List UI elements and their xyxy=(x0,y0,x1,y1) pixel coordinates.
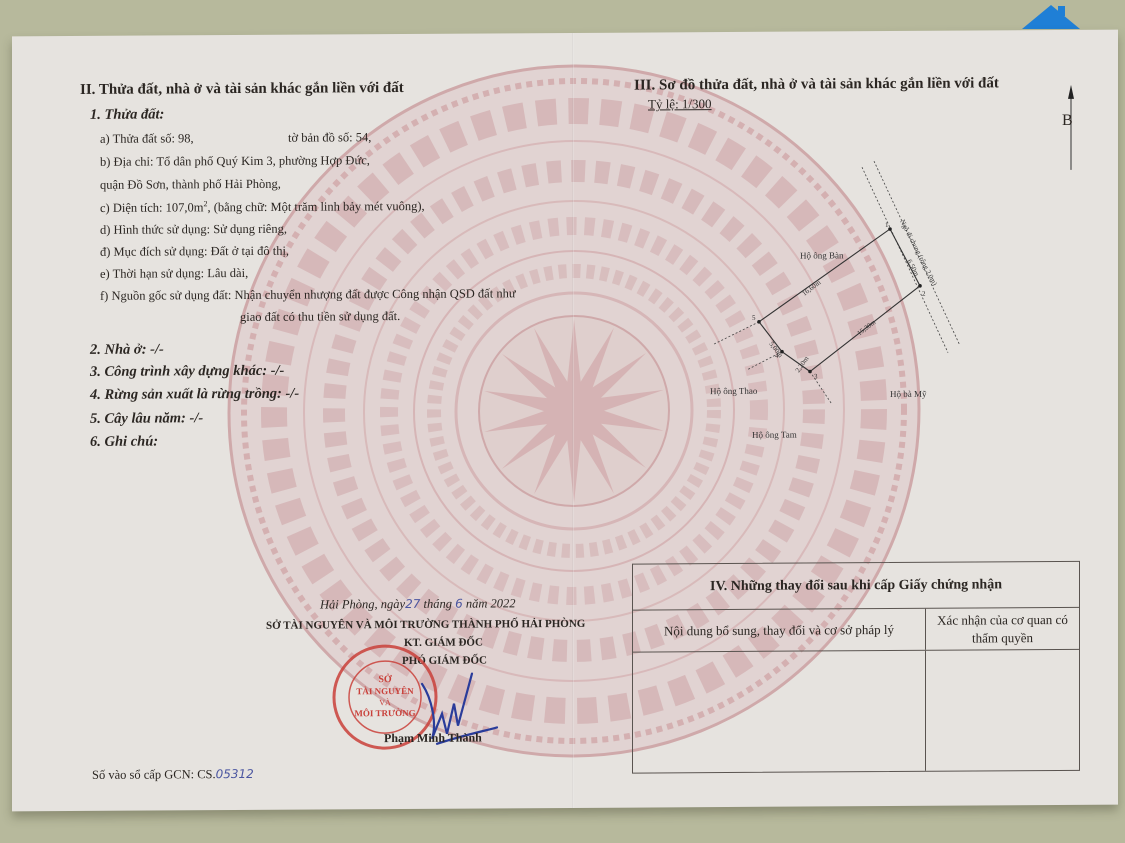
address-line-1: b) Địa chỉ: Tổ dân phố Quý Kim 3, phường… xyxy=(100,153,370,170)
north-label: B xyxy=(1062,112,1073,130)
authority-confirmation-cell xyxy=(926,650,1079,771)
usage-origin-line-1: f) Nguồn gốc sử dụng đất: Nhận chuyển nh… xyxy=(100,286,516,304)
place-and-date: Hải Phòng, ngày27 tháng 6 năm 2022 xyxy=(320,596,516,612)
land-heading: 1. Thửa đất: xyxy=(90,106,164,123)
col-authority-confirmation: Xác nhận của cơ quan có thẩm quyền xyxy=(926,608,1079,650)
house-item: 2. Nhà ở: -/- xyxy=(90,341,164,358)
svg-text:2: 2 xyxy=(922,290,926,298)
svg-text:VÀ: VÀ xyxy=(379,697,391,707)
address-line-2: quận Đồ Sơn, thành phố Hải Phòng, xyxy=(100,177,281,193)
section3-heading: III. Sơ đồ thửa đất, nhà ở và tài sản kh… xyxy=(634,75,999,94)
col-changes-content: Nội dung bổ sung, thay đổi và cơ sở pháp… xyxy=(633,609,926,652)
svg-text:5: 5 xyxy=(752,314,756,322)
registry-number: Số vào sổ cấp GCN: CS.05312 xyxy=(92,767,254,783)
map-scale: Tỷ lệ: 1/300 xyxy=(648,96,712,112)
section2-heading: II. Thửa đất, nhà ở và tài sản khác gắn … xyxy=(80,80,404,99)
svg-text:Hộ ông Tam: Hộ ông Tam xyxy=(752,430,797,440)
planted-forest-item: 4. Rừng sản xuất là rừng trồng: -/- xyxy=(90,386,299,404)
land-area: c) Diện tích: 107,0m2, (bằng chữ: Một tr… xyxy=(100,198,425,216)
svg-text:Hộ bà Mỹ: Hộ bà Mỹ xyxy=(890,389,927,399)
other-construction-item: 3. Công trình xây dựng khác: -/- xyxy=(90,363,284,381)
svg-text:15,30m: 15,30m xyxy=(856,318,878,338)
svg-text:3: 3 xyxy=(814,372,818,380)
issuing-agency: SỞ TÀI NGUYÊN VÀ MÔI TRƯỜNG THÀNH PHỐ HẢ… xyxy=(266,618,585,632)
chimney-icon xyxy=(1058,6,1065,16)
svg-text:16,60m: 16,60m xyxy=(801,278,823,298)
changes-content-cell xyxy=(633,651,926,773)
notes-item: 6. Ghi chú: xyxy=(90,433,158,450)
svg-text:Hộ ông Thao: Hộ ông Thao xyxy=(710,386,758,396)
perennial-trees-item: 5. Cây lâu năm: -/- xyxy=(90,410,203,428)
map-sheet-number: tờ bản đồ số: 54, xyxy=(288,130,371,146)
changes-table: IV. Những thay đổi sau khi cấp Giấy chứn… xyxy=(632,561,1080,774)
section4-heading: IV. Những thay đổi sau khi cấp Giấy chứn… xyxy=(633,562,1079,611)
signer-name: Phạm Minh Thành xyxy=(384,731,482,747)
usage-term: e) Thời hạn sử dụng: Lâu dài, xyxy=(100,266,248,282)
svg-text:SỞ: SỞ xyxy=(378,673,392,685)
usage-purpose: đ) Mục đích sử dụng: Đất ở tại đô thị, xyxy=(100,244,289,260)
svg-text:Ngõ đi chung (rộng 2,0m): Ngõ đi chung (rộng 2,0m) xyxy=(898,218,939,287)
land-certificate-page: II. Thửa đất, nhà ở và tài sản khác gắn … xyxy=(12,30,1118,812)
parcel-number: a) Thửa đất số: 98, xyxy=(100,131,194,147)
house-roof-icon xyxy=(1022,5,1080,29)
usage-origin-line-2: giao đất có thu tiền sử dụng đất. xyxy=(240,309,400,325)
svg-text:Hộ ông Bàn: Hộ ông Bàn xyxy=(800,250,844,260)
svg-text:1: 1 xyxy=(885,221,889,229)
usage-form: d) Hình thức sử dụng: Sử dụng riêng, xyxy=(100,222,287,238)
parcel-diagram: 1 2 3 4 5 16,60m 6,50m 15,30m 2,20m 5,00… xyxy=(652,160,982,422)
